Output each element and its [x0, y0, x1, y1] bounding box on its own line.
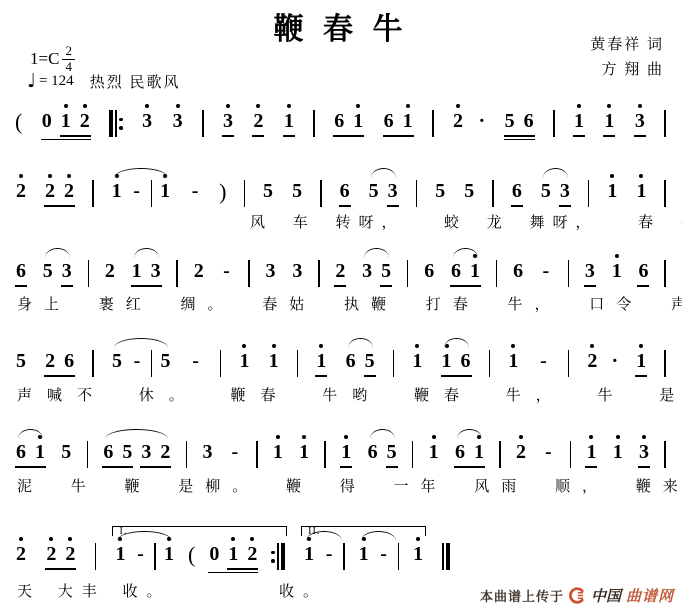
octave-dot — [362, 537, 366, 541]
note: 5 — [380, 260, 392, 287]
note: 2 — [104, 260, 116, 283]
note: 1 — [227, 543, 239, 566]
note: 6 — [15, 260, 27, 287]
note-digit: 6 — [339, 180, 351, 203]
note-digit: 2 — [586, 350, 598, 373]
note: 3 — [361, 260, 373, 283]
note: 2 — [45, 543, 57, 566]
site-name-red: 曲谱网 — [626, 585, 674, 606]
duration-dash: - — [322, 543, 336, 566]
note-digit: 6 — [423, 260, 435, 283]
note: 6 — [460, 350, 472, 373]
group-notes: 65 — [367, 441, 398, 468]
slur-group: 1-1 — [111, 180, 172, 207]
repeat-dots — [119, 118, 123, 130]
final-barline — [442, 543, 450, 570]
note: 5 — [291, 180, 303, 203]
duration-underline — [603, 135, 615, 137]
barline — [570, 441, 572, 468]
note: 5 — [504, 110, 516, 133]
octave-dot — [406, 104, 410, 108]
duration-underline — [454, 466, 485, 468]
note-digit: 1 — [114, 543, 126, 566]
note-digit: 1 — [635, 180, 647, 203]
note: 1 — [238, 350, 250, 373]
system-1-notes: (0123332161612·56113 — [15, 110, 666, 140]
note-digit: 2 — [63, 180, 75, 203]
group-notes: 12 — [227, 543, 258, 566]
duration-dash: - — [537, 350, 551, 373]
quarter-note-icon: ♩ — [27, 70, 36, 92]
barline — [95, 543, 97, 570]
beam-group: 61 — [383, 110, 414, 137]
lyricist-credit: 黄春祥 词 — [590, 33, 664, 58]
barline — [412, 441, 414, 468]
group-notes: 1- — [303, 543, 345, 570]
duration-underline — [252, 135, 264, 137]
duration-underline — [380, 285, 392, 287]
note-digit: 1 — [111, 180, 123, 203]
note: 6 — [511, 180, 523, 207]
note-digit: 2 — [334, 260, 346, 283]
note-digit: 2 — [44, 350, 56, 373]
note-digit: 1 — [606, 180, 618, 203]
note-digit: 1 — [272, 441, 284, 464]
duration-underline — [585, 466, 597, 468]
barline — [92, 180, 94, 207]
note-digit: 3 — [559, 180, 571, 203]
octave-dot — [477, 435, 481, 439]
note-digit: 3 — [361, 260, 373, 283]
song-title: 鞭 春 牛 — [0, 4, 682, 48]
duration-dash: - — [228, 441, 242, 464]
octave-dot — [616, 435, 620, 439]
barline — [154, 543, 156, 570]
octave-dot — [511, 344, 515, 348]
note-digit: 3 — [222, 110, 234, 133]
barline — [220, 350, 222, 377]
octave-dot — [615, 254, 619, 258]
duration-underline — [386, 466, 398, 468]
note-digit: 5 — [463, 180, 475, 203]
barline — [398, 543, 400, 570]
barline — [489, 350, 491, 377]
octave-dot — [590, 344, 594, 348]
note: 6 — [345, 350, 357, 373]
beam-group: 61 — [333, 110, 364, 137]
group-notes: 1- — [358, 543, 400, 570]
group-notes: 65 — [102, 441, 133, 464]
barline — [664, 110, 666, 137]
note-digit: 5 — [15, 350, 27, 373]
duration-dash: - — [188, 180, 202, 203]
note-digit: 3 — [201, 441, 213, 464]
note: 1 — [272, 441, 284, 464]
duration-underline — [15, 466, 46, 468]
note: 1 — [469, 260, 481, 283]
note-digit: 2 — [193, 260, 205, 283]
note-digit: 1 — [303, 543, 315, 566]
note: 2 — [252, 110, 264, 137]
note-digit: 1 — [469, 260, 481, 283]
duration-underline — [573, 135, 585, 137]
duration-underline — [61, 285, 73, 287]
barline — [492, 180, 494, 207]
barline — [553, 110, 555, 137]
barline — [320, 180, 322, 207]
note-digit: 2 — [45, 543, 57, 566]
group-notes: 22 — [45, 543, 76, 566]
note-digit: 1 — [603, 110, 615, 133]
note: 1 — [340, 441, 352, 468]
note: 3 — [584, 260, 596, 287]
barline — [588, 180, 590, 207]
note: 6 — [102, 441, 114, 464]
group-notes: 61 — [15, 441, 46, 464]
note: 6 — [523, 110, 535, 133]
barline — [664, 350, 666, 377]
note-digit: 5 — [434, 180, 446, 203]
note-digit: 1 — [159, 180, 171, 203]
note: 2 — [246, 543, 258, 566]
note-digit: 2 — [452, 110, 464, 133]
octave-dot — [176, 104, 180, 108]
note: 2 — [15, 543, 27, 566]
octave-dot — [519, 435, 523, 439]
octave-dot — [250, 537, 254, 541]
note-digit: 0 — [41, 110, 53, 133]
note-digit: 1 — [227, 543, 239, 566]
note-digit: 1 — [60, 110, 72, 133]
beam-slur-group: 61 — [450, 260, 481, 287]
thin-bar — [277, 543, 279, 570]
slur-group: 1- — [358, 543, 400, 570]
note-digit: 3 — [265, 260, 277, 283]
barline — [407, 260, 409, 287]
note-digit: 1 — [340, 441, 352, 464]
note-digit: 2 — [79, 110, 91, 133]
note-digit: 6 — [450, 260, 462, 283]
note: 3 — [222, 110, 234, 137]
time-signature-numerator: 2 — [62, 44, 75, 60]
note: 6 — [637, 260, 649, 287]
barline — [499, 441, 501, 468]
octave-dot — [68, 537, 72, 541]
note-digit: 1 — [163, 543, 175, 566]
barline — [393, 350, 395, 377]
octave-dot — [610, 174, 614, 178]
repeat-start-barline — [109, 110, 123, 137]
duration-underline — [511, 205, 523, 207]
octave-dot — [83, 104, 87, 108]
note: 5 — [368, 180, 380, 203]
group-notes: 1-1 — [114, 543, 175, 570]
beam-group: 012 — [41, 110, 91, 140]
note: 2 — [193, 260, 205, 283]
note: 5 — [540, 180, 552, 203]
duration-dash: - — [130, 180, 144, 203]
octave-dot — [48, 174, 52, 178]
barline — [202, 110, 204, 137]
note-digit: 1 — [315, 350, 327, 373]
duration-underline — [504, 139, 535, 141]
note-digit: 2 — [104, 260, 116, 283]
group-notes: 6532 — [102, 441, 171, 468]
thick-bar — [446, 543, 450, 570]
note-digit: 2 — [64, 543, 76, 566]
note-digit: 1 — [635, 350, 647, 373]
barline — [87, 441, 89, 468]
beam-group: 12 — [60, 110, 91, 137]
system-6-notes: 222I.1-1(012II.1-1-1 — [15, 543, 450, 573]
repeat-dot — [119, 126, 123, 130]
beam-group: 26 — [44, 350, 75, 377]
note-digit: 1 — [352, 110, 364, 133]
note: 3 — [61, 260, 73, 287]
note: 0 — [208, 543, 220, 566]
note: 6 — [512, 260, 524, 283]
note: 2 — [79, 110, 91, 133]
duration-underline — [44, 375, 75, 377]
barline — [664, 441, 666, 468]
barline — [318, 260, 320, 287]
duration-underline — [131, 285, 162, 287]
note: 1 — [352, 110, 364, 133]
beam-group: 32 — [140, 441, 171, 468]
duration-underline — [45, 568, 76, 570]
note-digit: 5 — [386, 441, 398, 464]
octave-dot — [226, 104, 230, 108]
note-digit: 6 — [637, 260, 649, 283]
group-notes: 1-1 — [111, 180, 172, 207]
note: 1 — [60, 110, 72, 133]
augmentation-dot: · — [478, 110, 485, 133]
octave-dot — [256, 104, 260, 108]
note: 1 — [114, 543, 126, 566]
duration-underline — [450, 285, 481, 287]
note: 1 — [163, 543, 175, 566]
note-digit: 1 — [402, 110, 414, 133]
beam-group: 56 — [504, 110, 535, 140]
octave-dot — [307, 537, 311, 541]
octave-dot — [639, 344, 643, 348]
note: 1 — [507, 350, 519, 373]
note-digit: 1 — [268, 350, 280, 373]
note: 2 — [44, 180, 56, 203]
group-notes: 61 — [450, 260, 481, 283]
note-digit: 3 — [584, 260, 596, 283]
barline — [343, 543, 345, 570]
expression-marking: 热烈 民歌风 — [90, 71, 181, 92]
slur-group: 53 — [42, 260, 73, 287]
system-3-notes: 6532132-332356616-316 — [15, 260, 666, 287]
note: 1 — [611, 260, 623, 283]
duration-underline — [364, 375, 376, 377]
note: 2 — [64, 543, 76, 566]
octave-dot — [19, 537, 23, 541]
note: 2 — [159, 441, 171, 464]
barline — [151, 350, 153, 377]
duration-underline — [584, 285, 596, 287]
beam-slur-group: 61 — [454, 441, 485, 468]
note-digit: 6 — [511, 180, 523, 203]
slur-group: 65 — [367, 441, 398, 468]
group-notes: 61 — [383, 110, 414, 133]
slur-group: 5-5 — [111, 350, 172, 377]
beam-group: 22 — [45, 543, 76, 570]
group-notes: 12 — [60, 110, 91, 133]
note: 6 — [383, 110, 395, 133]
note-digit: 3 — [638, 441, 650, 464]
barline — [568, 350, 570, 377]
barline — [664, 180, 666, 207]
octave-dot — [242, 344, 246, 348]
duration-underline — [635, 375, 647, 377]
note-digit: 2 — [159, 441, 171, 464]
note-digit: 1 — [411, 350, 423, 373]
note-digit: 2 — [15, 543, 27, 566]
lyrics-line-4: 声喊不 休。 鞭春 牛哟 鞭春 牛， 牛 是 — [17, 384, 682, 405]
duration-underline — [283, 135, 295, 137]
barline — [324, 441, 326, 468]
barline — [568, 260, 570, 287]
group-notes: 61 — [454, 441, 485, 464]
note: 5 — [364, 350, 376, 377]
note: 6 — [15, 441, 27, 464]
note: 3 — [291, 260, 303, 283]
duration-dash: - — [539, 260, 553, 283]
note: 1 — [635, 350, 647, 377]
octave-dot — [38, 435, 42, 439]
octave-dot — [577, 104, 581, 108]
note: 3 — [150, 260, 162, 283]
note-digit: 1 — [238, 350, 250, 373]
note: 5 — [386, 441, 398, 468]
note-digit: 5 — [540, 180, 552, 203]
system-5-notes: 61565323-111651612-113 — [15, 441, 666, 468]
note-digit: 5 — [111, 350, 123, 373]
note-digit: 6 — [454, 441, 466, 464]
duration-underline — [41, 139, 91, 141]
note-digit: 5 — [159, 350, 171, 373]
duration-underline — [637, 285, 649, 287]
duration-dash: - — [219, 260, 233, 283]
repeat-dot — [119, 118, 123, 122]
note: 6 — [423, 260, 435, 283]
system-4-notes: 5265-5-111651161-2·1 — [15, 350, 666, 377]
note-digit: 2 — [252, 110, 264, 133]
note-digit: 6 — [333, 110, 345, 133]
note-digit: 1 — [298, 441, 310, 464]
duration-underline — [441, 375, 472, 377]
slur-group: 1-1 — [114, 543, 175, 570]
note-digit: 1 — [283, 110, 295, 133]
octave-dot — [432, 435, 436, 439]
group-notes: 65 — [345, 350, 376, 377]
group-notes: 26 — [44, 350, 75, 373]
watermark: 本曲谱上传于 中国 曲谱网 — [480, 585, 674, 606]
repeat-end-barline — [271, 543, 285, 570]
key-label: 1=C — [30, 49, 59, 69]
octave-dot — [415, 344, 419, 348]
duration-underline — [102, 466, 133, 468]
note: 2 — [15, 180, 27, 203]
lyrics-line-6: 天 大丰 收。收。 — [17, 580, 171, 601]
note-digit: 3 — [291, 260, 303, 283]
lyrics-line-5: 泥 牛 鞭 是柳。 鞭 得 一年 风雨 顺， 鞭来秋 — [17, 475, 682, 496]
duration-underline — [559, 205, 571, 207]
note: 6 — [339, 180, 351, 207]
barline — [248, 260, 250, 287]
note: 3 — [265, 260, 277, 283]
octave-dot — [302, 435, 306, 439]
duration-dash: - — [130, 350, 144, 373]
octave-dot — [589, 435, 593, 439]
duration-underline — [638, 466, 650, 468]
note-digit: 5 — [42, 260, 54, 283]
group-notes: 35 — [361, 260, 392, 287]
note-digit: 1 — [428, 441, 440, 464]
beam-group: 22 — [44, 180, 75, 207]
duration-underline — [208, 572, 258, 574]
duration-dash: - — [377, 543, 391, 566]
note: 1 — [402, 110, 414, 133]
note-digit: 6 — [102, 441, 114, 464]
beam-slur-group: 61 — [15, 441, 46, 468]
barline — [297, 350, 299, 377]
note: 1 — [585, 441, 597, 468]
barline — [664, 260, 666, 287]
note: 1 — [441, 350, 453, 373]
note-digit: 3 — [634, 110, 646, 133]
note-digit: 6 — [383, 110, 395, 133]
note: 3 — [634, 110, 646, 137]
composer-credit: 方 翔 曲 — [590, 58, 664, 83]
note: 1 — [612, 441, 624, 464]
duration-underline — [140, 466, 171, 468]
note-digit: 6 — [460, 350, 472, 373]
group-notes: 61 — [333, 110, 364, 133]
duration-underline — [44, 205, 75, 207]
group-notes: 012 — [208, 543, 258, 570]
note: 5 — [121, 441, 133, 464]
octave-dot — [416, 537, 420, 541]
beam-group: 12 — [227, 543, 258, 570]
slur-group: 6532 — [102, 441, 171, 468]
note: 3 — [638, 441, 650, 468]
note: 5 — [159, 350, 171, 373]
beam-slur-group: 16 — [441, 350, 472, 377]
barline — [496, 260, 498, 287]
note: 3 — [201, 441, 213, 464]
octave-dot — [167, 537, 171, 541]
barline — [416, 180, 418, 207]
group-notes: 56 — [504, 110, 535, 133]
octave-dot — [473, 254, 477, 258]
note-digit: 5 — [380, 260, 392, 283]
slur-group: 1- — [303, 543, 345, 570]
note: 2 — [63, 180, 75, 203]
augmentation-dot: · — [611, 350, 618, 373]
note: 6 — [367, 441, 379, 464]
thick-bar — [109, 110, 113, 137]
parenthesis: ( — [15, 110, 22, 133]
barline — [432, 110, 434, 137]
note: 2 — [452, 110, 464, 133]
duration-underline — [340, 466, 352, 468]
note: 5 — [111, 350, 123, 373]
credits: 黄春祥 词 方 翔 曲 — [590, 33, 664, 83]
